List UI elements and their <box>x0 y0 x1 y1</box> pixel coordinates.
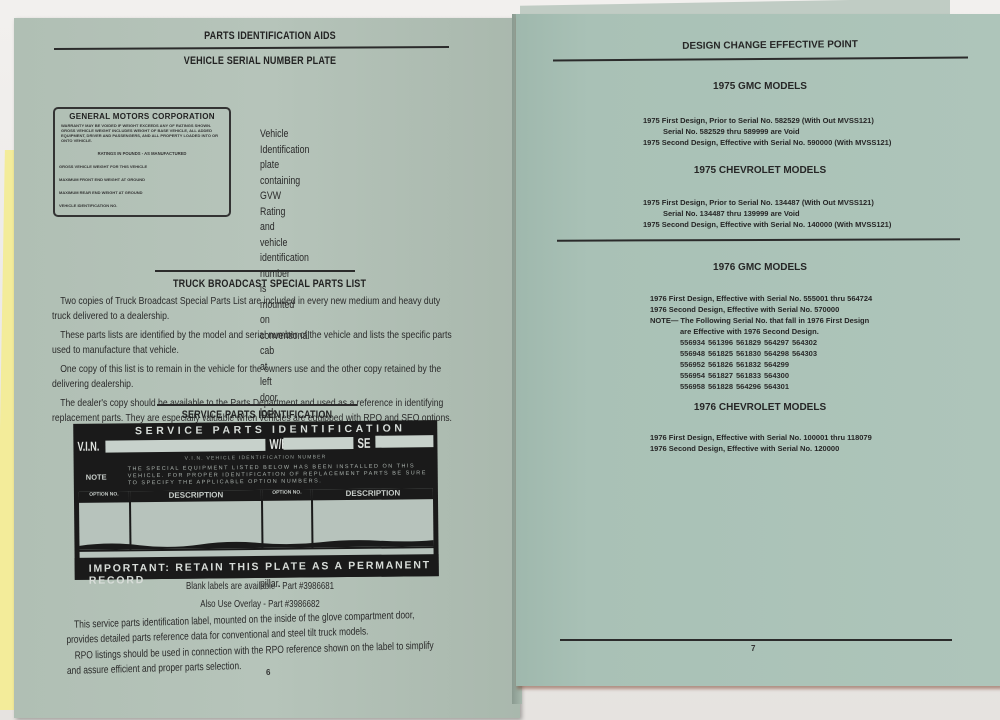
section-title-1976-chevrolet: 1976 CHEVROLET MODELS <box>660 402 860 413</box>
design-line: 1975 First Design, Prior to Serial No. 5… <box>643 115 874 126</box>
overlay-note: Also Use Overlay - Part #3986682 <box>155 598 365 610</box>
page-number-left: 6 <box>266 668 270 677</box>
spi-se-label: SE <box>357 435 370 451</box>
serial-number-grid: 556934561396561829564297564302 556948561… <box>680 337 820 392</box>
blank-labels-note: Blank labels are available - Part #39866… <box>155 580 365 592</box>
wbase-field <box>283 437 353 450</box>
gm-vehicle-plate: GENERAL MOTORS CORPORATION WARRANTY MAY … <box>53 107 231 217</box>
serial: 564299 <box>764 359 792 370</box>
spi-option-table: OPTION NO. DESCRIPTION OPTION NO. DESCRI… <box>79 488 434 550</box>
spi-vin-row: V.I.N. W/BASE SE <box>73 434 437 456</box>
gm-plate-row: VEHICLE IDENTIFICATION NO. <box>59 203 225 208</box>
serial-row: 556952561826561832564299 <box>680 359 820 370</box>
spi-note-row: NOTE THE SPECIAL EQUIPMENT LISTED BELOW … <box>74 461 438 491</box>
serial: 561827 <box>708 370 736 381</box>
serial: 561829 <box>736 337 764 348</box>
gm-plate-row: MAXIMUM REAR END WEIGHT AT GROUND <box>59 190 225 195</box>
serial: 561833 <box>736 370 764 381</box>
paragraph: These parts lists are identified by the … <box>52 328 454 358</box>
spi-note-text: THE SPECIAL EQUIPMENT LISTED BELOW HAS B… <box>128 463 428 487</box>
serial: 564297 <box>764 337 792 348</box>
serial-row: 556948561825561830564298564303 <box>680 348 820 359</box>
left-page-header: PARTS IDENTIFICATION AIDS <box>188 30 352 42</box>
se-field <box>375 435 433 448</box>
section-title-1975-chevrolet: 1975 CHEVROLET MODELS <box>660 165 860 176</box>
design-line: Serial No. 134487 thru 139999 are Void <box>663 208 800 219</box>
design-line: 1976 Second Design, Effective with Seria… <box>650 443 839 454</box>
column-header: OPTION NO. <box>79 491 129 503</box>
page-number-right: 7 <box>751 644 755 653</box>
serial: 556954 <box>680 370 708 381</box>
serial-row: 556954561827561833564300 <box>680 370 820 381</box>
section-title-spi: SERVICE PARTS IDENTIFICATION <box>175 409 339 421</box>
serial: 561826 <box>708 359 736 370</box>
column-header: DESCRIPTION <box>313 488 433 500</box>
design-line: 1975 First Design, Prior to Serial No. 1… <box>643 197 874 208</box>
section-title-serial-plate: VEHICLE SERIAL NUMBER PLATE <box>178 55 342 67</box>
right-page-header: DESIGN CHANGE EFFECTIVE POINT <box>670 39 870 52</box>
service-parts-id-label: SERVICE PARTS IDENTIFICATION V.I.N. W/BA… <box>73 420 439 580</box>
spi-note-label: NOTE <box>86 473 107 482</box>
serial: 564296 <box>736 381 764 392</box>
design-line: 1976 Second Design, Effective with Seria… <box>650 304 839 315</box>
design-line: NOTE— The Following Serial No. that fall… <box>650 315 869 326</box>
gm-plate-title: GENERAL MOTORS CORPORATION <box>55 112 229 121</box>
serial: 564300 <box>764 370 792 381</box>
spi-vin-label: V.I.N. <box>77 439 99 454</box>
spi-description-body: This service parts identification label,… <box>66 607 443 683</box>
section-title-broadcast-list: TRUCK BROADCAST SPECIAL PARTS LIST <box>173 278 337 290</box>
footer-rule <box>560 639 952 641</box>
serial: 564298 <box>764 348 792 359</box>
design-line: 1975 Second Design, Effective with Seria… <box>643 137 891 148</box>
serial: 561830 <box>736 348 764 359</box>
column-header: OPTION NO. <box>263 489 311 501</box>
paragraph: Two copies of Truck Broadcast Special Pa… <box>52 294 454 324</box>
serial-row: 556958561828564296564301 <box>680 381 820 392</box>
design-line: 1976 First Design, Effective with Serial… <box>650 432 872 443</box>
serial: 561828 <box>708 381 736 392</box>
serial: 556948 <box>680 348 708 359</box>
spi-important-banner: IMPORTANT: RETAIN THIS PLATE AS A PERMAN… <box>75 554 439 580</box>
design-line: 1975 Second Design, Effective with Seria… <box>643 219 891 230</box>
vin-field <box>105 439 265 453</box>
section-title-1975-gmc: 1975 GMC MODELS <box>660 81 860 92</box>
gm-plate-ratings-heading: RATINGS IN POUNDS - AS MANUFACTURED <box>55 151 229 156</box>
section-rule <box>155 270 355 272</box>
serial: 564303 <box>792 348 820 359</box>
serial: 556952 <box>680 359 708 370</box>
serial: 561832 <box>736 359 764 370</box>
section-title-1976-gmc: 1976 GMC MODELS <box>660 262 860 273</box>
serial-row: 556934561396561829564297564302 <box>680 337 820 348</box>
column-header: DESCRIPTION <box>131 490 261 502</box>
section-rule <box>157 404 357 406</box>
design-line: are Effective with 1976 Second Design. <box>680 326 819 337</box>
gm-plate-warning: WARRANTY MAY BE VOIDED IF WEIGHT EXCEEDS… <box>61 123 223 143</box>
gm-plate-row: GROSS VEHICLE WEIGHT FOR THIS VEHICLE <box>59 164 225 169</box>
serial: 561396 <box>708 337 736 348</box>
serial: 561825 <box>708 348 736 359</box>
paragraph: One copy of this list is to remain in th… <box>52 362 454 392</box>
serial: 564302 <box>792 337 820 348</box>
design-line: Serial No. 582529 thru 589999 are Void <box>663 126 800 137</box>
serial: 564301 <box>764 381 792 392</box>
design-line: 1976 First Design, Effective with Serial… <box>650 293 872 304</box>
serial: 556958 <box>680 381 708 392</box>
serial: 556934 <box>680 337 708 348</box>
gm-plate-row: MAXIMUM FRONT END WEIGHT AT GROUND <box>59 177 225 182</box>
